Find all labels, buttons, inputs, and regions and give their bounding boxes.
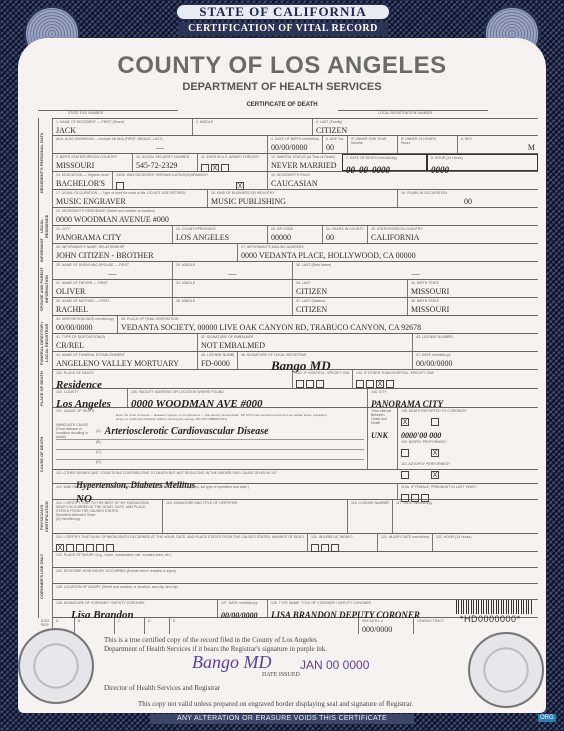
zip-field[interactable]: 23. ZIP CODE00000 — [267, 226, 322, 243]
decedents-home-checkbox[interactable]: X — [376, 380, 384, 388]
section-cause-of-death: CAUSE OF DEATH — [38, 408, 52, 500]
first-name-field[interactable]: 1. NAME OF DECEDENT — FIRST (Given)JACK — [52, 119, 192, 135]
injury-description-row: 124. DESCRIBE HOW INJURY OCCURRED (Event… — [52, 568, 538, 584]
coroner-signature-field[interactable]: 126. SIGNATURE OF CORONER / DEPUTY CORON… — [52, 600, 217, 617]
injury-hour-field[interactable]: 122. HOUR (24 Hours) — [432, 534, 538, 551]
biopsy-no-checkbox[interactable]: X — [431, 449, 439, 457]
years-occupation-field[interactable]: 19. YEARS IN OCCUPATION00 — [397, 190, 538, 207]
registrar-signature: Bango MD — [192, 652, 272, 673]
funeral-establishment-row: 44. NAME OF FUNERAL ESTABLISHMENTANGELEN… — [52, 352, 538, 370]
operation-field[interactable]: 113. WAS OPERATION PERFORMED FOR ANY CON… — [52, 484, 397, 499]
operation-row: 113. WAS OPERATION PERFORMED FOR ANY CON… — [52, 484, 538, 500]
hispanic-field: 14/15. WAS DECEDENT HISPANIC/LATINO(A)/S… — [112, 172, 267, 189]
occupation-row: 17. USUAL OCCUPATION — Type of work for … — [52, 190, 538, 208]
father-birth-state-field[interactable]: 34. BIRTH STATEMISSOURI — [407, 280, 538, 297]
county-title: COUNTY OF LOS ANGELES — [0, 52, 564, 80]
biopsy-yes-checkbox[interactable] — [401, 449, 409, 457]
father-middle-field[interactable]: 32. MIDDLE — [172, 280, 292, 297]
under-24-hours-field[interactable]: IF UNDER 24 HOURSHours — [397, 136, 457, 153]
hospice-checkbox[interactable] — [356, 380, 364, 388]
embalmer-field[interactable]: 42. SIGNATURE OF EMBALMERNOT EMBALMED — [197, 334, 412, 351]
section-place-of-death: PLACE OF DEATH — [38, 370, 52, 408]
nursing-home-checkbox[interactable] — [366, 380, 374, 388]
residence-field[interactable]: 20. DECEDENT'S RESIDENCE (Street and num… — [52, 208, 538, 225]
coroner-date-field[interactable]: 127. DATE mm/dd/ccyy00/00/0000 — [217, 600, 267, 617]
mother-first-field[interactable]: 35. NAME OF MOTHER — FIRSTRACHEL — [52, 298, 172, 315]
manner-of-death-field: 119. I CERTIFY THAT IN MY OPINION DEATH … — [52, 534, 307, 551]
spouse-first-field[interactable]: 28. NAME OF SURVIVING SPOUSE — FIRST— — [52, 262, 172, 279]
cause-of-death-lines: 107. CAUSE OF DEATH Enter the chain of e… — [52, 408, 367, 469]
hour-of-death-field[interactable]: 8. HOUR (24 Hours)0000 — [427, 154, 538, 171]
aka-row: AKA, ALSO KNOWN AS — Include full AKA (F… — [52, 136, 538, 154]
years-in-county-field[interactable]: 24. YEARS IN COUNTY00 — [322, 226, 367, 243]
certifier-signature-field[interactable]: 115. SIGNATURE AND TITLE OF CERTIFIER — [162, 500, 347, 533]
injury-description-field[interactable]: 124. DESCRIBE HOW INJURY OCCURRED (Event… — [52, 568, 538, 583]
coroner-report-column: 108. DEATH REPORTED TO CORONER? X 0000'0… — [397, 408, 538, 469]
date-issued-value: JAN 00 0000 — [300, 658, 369, 672]
alteration-notice: ANY ALTERATION OR ERASURE VOIDS THIS CER… — [150, 714, 414, 724]
county-field[interactable]: 22. COUNTY/PROVINCELOS ANGELES — [172, 226, 267, 243]
death-certificate-form: STATE FILE NUMBER LOCAL REGISTRATION NUM… — [38, 110, 538, 626]
disposition-place-field[interactable]: 40. PLACE OF FINAL DISPOSITIONVEDANTA SO… — [117, 316, 538, 333]
death-county-field[interactable]: 104. COUNTYLos Angeles — [52, 389, 127, 407]
date-issued-label: DATE ISSUED — [262, 672, 300, 678]
ip-checkbox[interactable] — [296, 380, 304, 388]
physician-certification: 114. I CERTIFY THAT TO THE BEST OF MY KN… — [52, 500, 162, 533]
informant-address-field[interactable]: 27. INFORMANT'S MAILING ADDRESS0000 VEDA… — [237, 244, 538, 261]
certification-text-1: This is a true certified copy of the rec… — [104, 636, 317, 644]
mother-last-field[interactable]: 37. LAST (Maiden)CITIZEN — [292, 298, 407, 315]
state-file-number-label: STATE FILE NUMBER — [68, 111, 103, 115]
other-conditions-field[interactable]: 112. OTHER SIGNIFICANT CONDITIONS CONTRI… — [52, 470, 538, 483]
state-seal-icon — [18, 628, 94, 704]
date-of-death-field[interactable]: 7. DATE OF DEATH mm/dd/ccyy00 00 0000 — [342, 154, 427, 171]
section-physician: PHYSICIAN'S CERTIFICATION — [38, 500, 52, 534]
registrar-date-field[interactable]: 47. DATE mm/dd/ccyy00/00/0000 — [412, 352, 538, 369]
place-of-death-field[interactable]: 101. PLACE OF DEATHResidence — [52, 370, 292, 388]
death-address-field[interactable]: 105. FACILITY ADDRESS OR LOCATION WHERE … — [127, 389, 367, 407]
mother-birth-state-field[interactable]: 38. BIRTH STATEMISSOURI — [407, 298, 538, 315]
injury-place-row: 123. PLACE OF INJURY (e.g., home, constr… — [52, 552, 538, 568]
department-subtitle: DEPARTMENT OF HEALTH SERVICES — [0, 81, 564, 93]
reported-yes-checkbox[interactable]: X — [401, 418, 409, 426]
race-field[interactable]: 16. DECEDENT'S RACECAUCASIAN — [267, 172, 538, 189]
time-interval-column: Time Interval Between Onset and DeathUNK — [367, 408, 397, 469]
disposition-type-row: 41. TYPE OF DISPOSITION(S)CR/REL 42. SIG… — [52, 334, 538, 352]
last-name-field[interactable]: 3. LAST (Family)CITIZEN — [312, 119, 538, 135]
name-row: 1. NAME OF DECEDENT — FIRST (Given)JACK … — [52, 118, 538, 136]
certification-banner: CERTIFICATION OF VITAL RECORD — [178, 22, 388, 36]
death-location-row: 104. COUNTYLos Angeles 105. FACILITY ADD… — [52, 389, 538, 408]
physician-date-field[interactable]: 117. DATE mm/dd/ccyy — [392, 500, 538, 533]
middle-name-field[interactable]: 2. MIDDLE — [192, 119, 312, 135]
injury-location-field[interactable]: 125. LOCATION OF INJURY (Street and numb… — [52, 584, 538, 599]
physician-row: 114. I CERTIFY THAT TO THE BEST OF MY KN… — [52, 500, 538, 534]
county-seal-icon — [468, 632, 544, 708]
mother-middle-field[interactable]: 36. MIDDLE — [172, 298, 292, 315]
local-registration-label: LOCAL REGISTRATION NUMBER — [378, 111, 432, 115]
education-row: 13. EDUCATION — Highest Level/DegreeBACH… — [52, 172, 538, 190]
aka-field[interactable]: AKA, ALSO KNOWN AS — Include full AKA (F… — [52, 136, 267, 153]
cause-of-death-block: 107. CAUSE OF DEATH Enter the chain of e… — [52, 408, 538, 470]
barcode — [456, 600, 532, 614]
mother-row: 35. NAME OF MOTHER — FIRSTRACHEL 36. MID… — [52, 298, 538, 316]
spouse-row: 28. NAME OF SURVIVING SPOUSE — FIRST— 29… — [52, 262, 538, 280]
residence-row: 20. DECEDENT'S RESIDENCE (Street and num… — [52, 208, 538, 226]
fax-auth-field: FAX AUTH. #000/0000 — [358, 618, 413, 634]
other-conditions-row: 112. OTHER SIGNIFICANT CONDITIONS CONTRI… — [52, 470, 538, 484]
injury-place-field[interactable]: 123. PLACE OF INJURY (e.g., home, constr… — [52, 552, 538, 567]
city-field[interactable]: 21. CITYPANORAMA CITY — [52, 226, 172, 243]
other-than-hospital-options: 103. IF OTHER THAN HOSPITAL, SPECIFY ONE… — [352, 370, 538, 388]
father-last-field[interactable]: 33. LASTCITIZEN — [292, 280, 407, 297]
marital-status-field[interactable]: 12. MARITAL STATUS (at Time of Death)NEV… — [267, 154, 342, 171]
under-one-year-field[interactable]: IF UNDER ONE YEARMonths — [347, 136, 397, 153]
cause-line-b[interactable]: (B) — [56, 440, 364, 450]
father-row: 31. NAME OF FATHER — FIRSTOLIVER 32. MID… — [52, 280, 538, 298]
disposition-row: 39. DISPOSITION DATE mm/dd/ccyy00/00/000… — [52, 316, 538, 334]
disposition-type-field[interactable]: 41. TYPE OF DISPOSITION(S)CR/REL — [52, 334, 197, 351]
city-row: 21. CITYPANORAMA CITY 22. COUNTY/PROVINC… — [52, 226, 538, 244]
barcode-number: *HD0000000* — [460, 614, 521, 624]
death-city-field[interactable]: 106. CITYPANORAMA CITY — [367, 389, 538, 407]
pregnant-field: 113A. IF FEMALE, PREGNANT IN LAST YEAR? — [397, 484, 538, 499]
birth-state-field[interactable]: 9. BIRTH STATE/FOREIGN COUNTRYMISSOURI — [52, 154, 132, 171]
section-informant: INFORMANT — [38, 244, 52, 262]
age-field[interactable]: 5. AGE Yrs.00 — [322, 136, 347, 153]
validity-notice: This copy not valid unless prepared on e… — [138, 700, 413, 708]
injured-at-work-field: 120. INJURED AT WORK? — [307, 534, 377, 551]
disposition-date-field[interactable]: 39. DISPOSITION DATE mm/dd/ccyy00/00/000… — [52, 316, 117, 333]
cause-line-c[interactable]: (C) — [56, 450, 364, 460]
section-coroner: CORONER'S USE ONLY — [38, 534, 52, 618]
spouse-middle-field[interactable]: 29. MIDDLE— — [172, 262, 292, 279]
occupation-field[interactable]: 17. USUAL OCCUPATION — Type of work for … — [52, 190, 207, 207]
injury-date-field[interactable]: 121. INJURY DATE mm/dd/ccyy — [377, 534, 432, 551]
embalmer-license-field[interactable]: 43. LICENSE NUMBER — [412, 334, 538, 351]
injury-location-row: 125. LOCATION OF INJURY (Street and numb… — [52, 584, 538, 600]
cause-line-d[interactable]: (D) — [56, 460, 364, 470]
funeral-establishment-field[interactable]: 44. NAME OF FUNERAL ESTABLISHMENTANGELEN… — [52, 352, 197, 369]
ssn-field[interactable]: 10. SOCIAL SECURITY NUMBER545-72-2329 — [132, 154, 197, 171]
cause-line-a[interactable]: IMMEDIATE CAUSE (Final disease or condit… — [56, 423, 364, 440]
section-funeral: FUNERAL DIRECTOR / LOCAL REGISTRAR — [38, 316, 52, 370]
document-type: CERTIFICATE OF DEATH — [0, 102, 564, 108]
other-place-checkbox[interactable] — [386, 380, 394, 388]
state-banner: STATE OF CALIFORNIA — [176, 4, 390, 20]
father-first-field[interactable]: 31. NAME OF FATHER — FIRSTOLIVER — [52, 280, 172, 297]
spouse-last-field[interactable]: 30. LAST (Birth Name)— — [292, 262, 538, 279]
place-of-death-row: 101. PLACE OF DEATHResidence 102. IF HOS… — [52, 370, 538, 389]
informant-row: 26. INFORMANT'S NAME, RELATIONSHIPJOHN C… — [52, 244, 538, 262]
registrar-title: Director of Health Services and Registra… — [104, 684, 220, 692]
hospital-options: 102. IF HOSPITAL, SPECIFY ONE — [292, 370, 352, 388]
armed-forces-field: 11. EVER IN U.S. ARMED FORCES?X — [197, 154, 267, 171]
physician-license-field[interactable]: 116. LICENSE NUMBER — [347, 500, 392, 533]
informant-field[interactable]: 26. INFORMANT'S NAME, RELATIONSHIPJOHN C… — [52, 244, 237, 261]
birth-row: 9. BIRTH STATE/FOREIGN COUNTRYMISSOURI 1… — [52, 154, 538, 172]
local-registrar-signature[interactable]: 46. SIGNATURE OF LOCAL REGISTRARBango MD — [237, 352, 412, 369]
dob-field[interactable]: 4. DATE OF BIRTH mm/dd/ccyy00/00/0000 — [267, 136, 322, 153]
section-personal-data: DECEDENT'S PERSONAL DATA — [38, 118, 52, 208]
doa-checkbox[interactable] — [316, 380, 324, 388]
org-badge: ORG — [538, 714, 556, 722]
section-spouse-parents: SPOUSE AND PARENT INFORMATION — [38, 262, 52, 316]
funeral-license-field[interactable]: 45. LICENSE NUMBERFD-0000 — [197, 352, 237, 369]
er-op-checkbox[interactable] — [306, 380, 314, 388]
reported-no-checkbox[interactable] — [431, 418, 439, 426]
industry-field[interactable]: 18. KIND OF BUSINESS OR INDUSTRYMUSIC PU… — [207, 190, 397, 207]
sex-field[interactable]: 6. SEXM — [457, 136, 538, 153]
education-field[interactable]: 13. EDUCATION — Highest Level/DegreeBACH… — [52, 172, 112, 189]
manner-row: 119. I CERTIFY THAT IN MY OPINION DEATH … — [52, 534, 538, 552]
state-field[interactable]: 25. STATE/FOREIGN COUNTRYCALIFORNIA — [367, 226, 538, 243]
